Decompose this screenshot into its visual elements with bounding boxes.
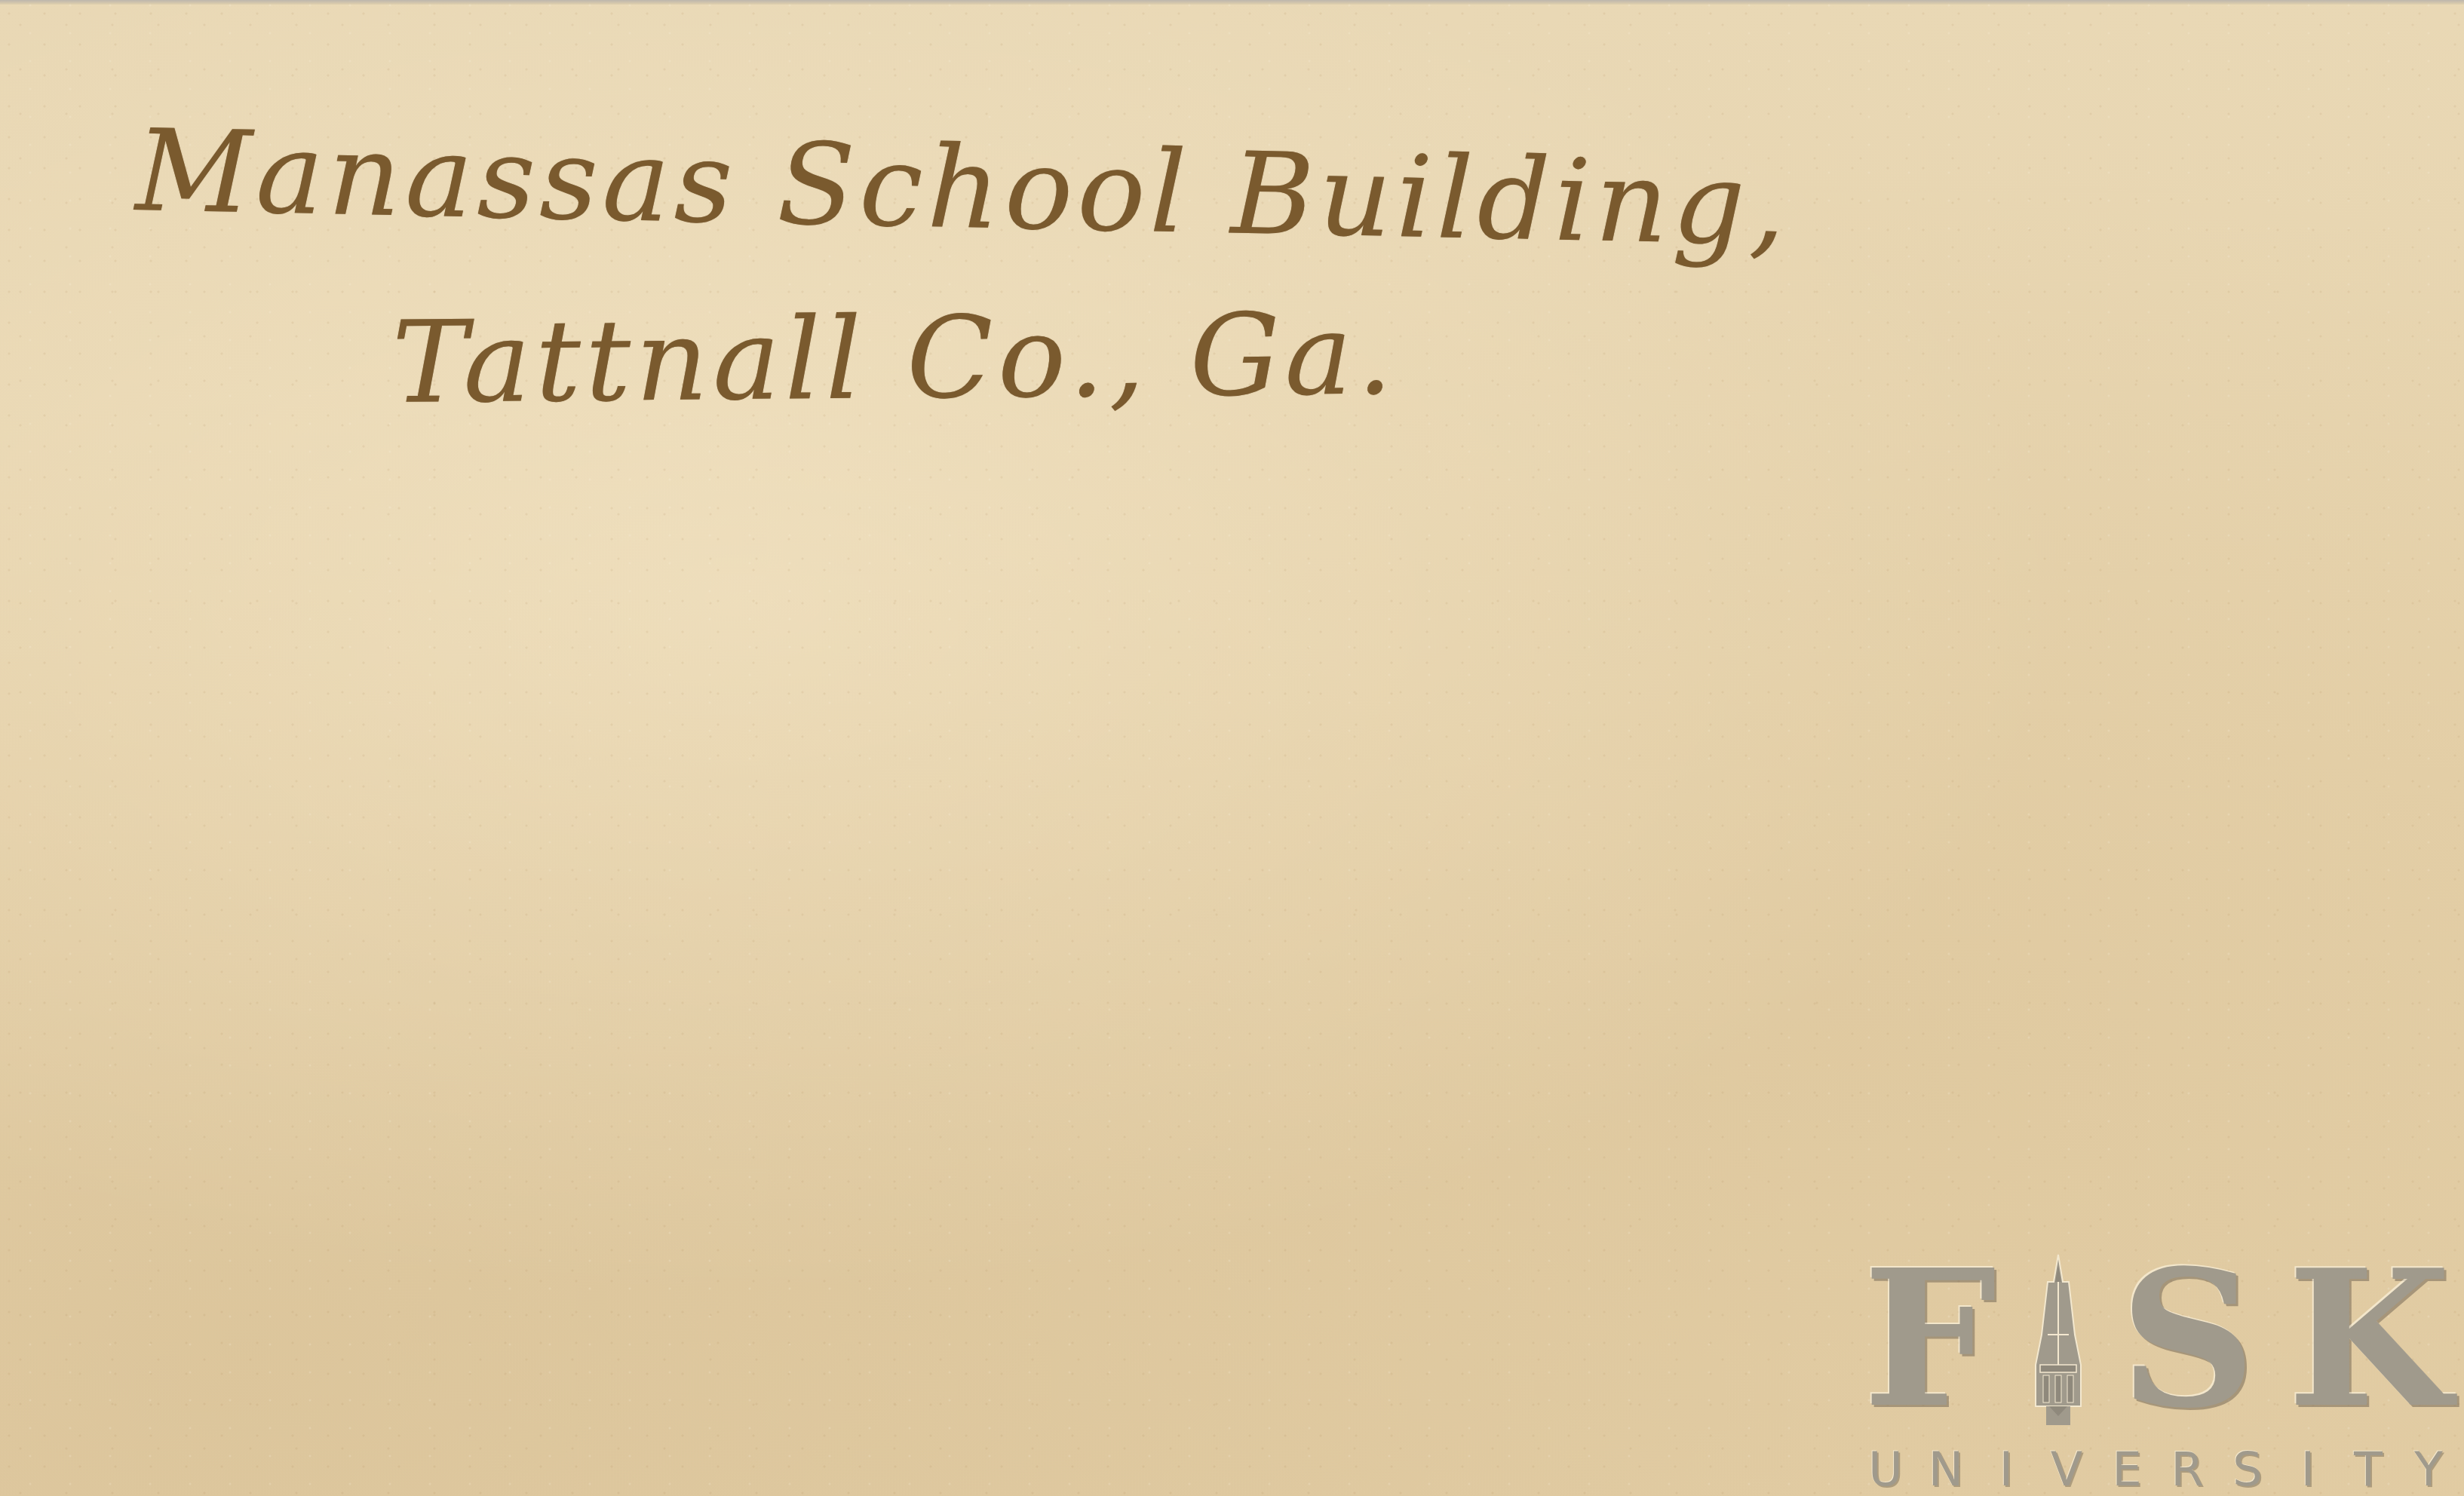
inscription-line-1: Manassas School Building, bbox=[134, 106, 1791, 271]
logo-letter-s: S bbox=[2120, 1252, 2257, 1425]
subtitle-letter: I bbox=[2285, 1442, 2331, 1496]
inscription-line-2: Tattnall Co., Ga. bbox=[391, 289, 1398, 429]
subtitle-letter: Y bbox=[2406, 1442, 2451, 1496]
subtitle-letter: I bbox=[1984, 1442, 2029, 1496]
logo-letter-k: K bbox=[2288, 1252, 2451, 1425]
fisk-university-watermark: F S K U N I bbox=[1863, 1252, 2451, 1493]
logo-letter-f: F bbox=[1863, 1252, 1997, 1425]
subtitle-letter: V bbox=[2044, 1442, 2089, 1496]
subtitle-letter: T bbox=[2346, 1442, 2391, 1496]
subtitle-letter: N bbox=[1923, 1442, 1968, 1496]
archival-card: Manassas School Building, Tattnall Co., … bbox=[0, 0, 2464, 1496]
bell-tower-spire-icon bbox=[2028, 1252, 2088, 1425]
logo-wordmark: F S K bbox=[1863, 1252, 2451, 1425]
subtitle-letter: R bbox=[2165, 1442, 2210, 1496]
subtitle-letter: E bbox=[2104, 1442, 2149, 1496]
subtitle-letter: S bbox=[2225, 1442, 2270, 1496]
subtitle-letter: U bbox=[1863, 1442, 1908, 1496]
logo-subtitle-university: U N I V E R S I T Y bbox=[1863, 1442, 2451, 1496]
